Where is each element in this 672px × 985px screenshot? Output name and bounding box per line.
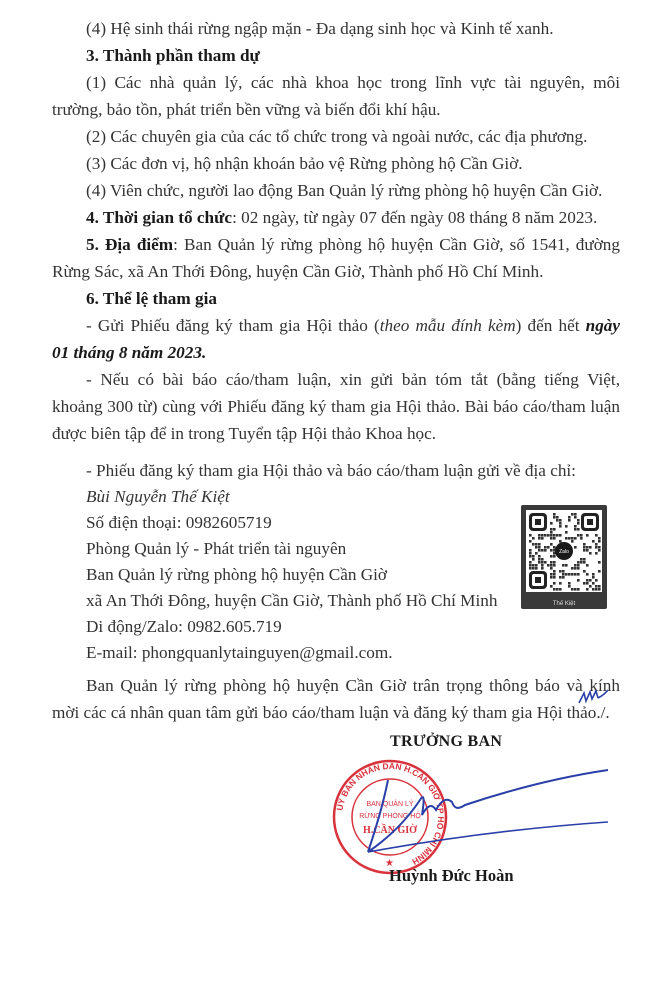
rule-2-line-3: được biên tập để in trong Tuyển tập Hội … xyxy=(52,420,620,447)
section-4-text: : 02 ngày, từ ngày 07 đến ngày 08 tháng … xyxy=(232,208,597,227)
rule-2-line-1: - Nếu có bài báo cáo/tham luận, xin gửi … xyxy=(86,366,620,393)
section-5-line-1: 5. Địa điểm: Ban Quản lý rừng phòng hộ h… xyxy=(86,231,620,258)
signer-name: Huỳnh Đức Hoàn xyxy=(389,866,514,886)
initials-signature-icon xyxy=(576,685,610,709)
section-5-text: : Ban Quản lý rừng phòng hộ huyện Cần Gi… xyxy=(173,235,620,254)
participant-3: (3) Các đơn vị, hộ nhận khoán bảo vệ Rừn… xyxy=(86,150,620,177)
participant-2: (2) Các chuyên gia của các tổ chức trong… xyxy=(86,123,620,150)
rule-1-deadline: 01 tháng 8 năm 2023. xyxy=(52,339,620,366)
closing-line-1: Ban Quản lý rừng phòng hộ huyện Cần Giờ … xyxy=(86,672,620,699)
topic-item-4: (4) Hệ sinh thái rừng ngập mặn - Đa dạng… xyxy=(86,15,620,42)
contact-mobile: Di động/Zalo: 0982.605.719 xyxy=(86,613,620,640)
rule-1-prefix: - Gửi Phiếu đăng ký tham gia Hội thảo ( xyxy=(86,316,380,335)
section-4: 4. Thời gian tổ chức: 02 ngày, từ ngày 0… xyxy=(86,204,620,231)
rule-1-italic: theo mẫu đính kèm xyxy=(380,316,516,335)
signoff-title: TRƯỞNG BAN xyxy=(390,733,502,751)
qr-code-label: Thế Kiệt xyxy=(521,601,607,607)
rule-1-line-1: - Gửi Phiếu đăng ký tham gia Hội thảo (t… xyxy=(86,312,620,339)
section-6-heading: 6. Thể lệ tham gia xyxy=(86,285,620,312)
participant-1-line-1: (1) Các nhà quản lý, các nhà khoa học tr… xyxy=(86,69,620,96)
section-5-line-2: Rừng Sác, xã An Thới Đông, huyện Cần Giờ… xyxy=(52,258,620,285)
closing-line-2: mời các cá nhân quan tâm gửi báo cáo/tha… xyxy=(52,699,620,726)
zalo-qr-code: Zalo Thế Kiệt xyxy=(521,505,607,609)
participant-1-line-2: trường, bảo tồn, phát triển bền vững và … xyxy=(52,96,620,123)
rule-1-deadline-start: ngày xyxy=(586,316,620,335)
handwritten-signature-icon xyxy=(340,760,610,870)
rule-1-mid: ) đến hết xyxy=(516,316,586,335)
rule-3: - Phiếu đăng ký tham gia Hội thảo và báo… xyxy=(86,457,620,484)
participant-4: (4) Viên chức, người lao động Ban Quản l… xyxy=(86,177,620,204)
section-5-heading: 5. Địa điểm xyxy=(86,235,173,254)
section-4-heading: 4. Thời gian tổ chức xyxy=(86,208,232,227)
qr-code-pattern: Zalo xyxy=(526,510,602,592)
qr-code-icon: Zalo xyxy=(526,510,602,592)
svg-text:Zalo: Zalo xyxy=(559,549,569,555)
contact-email: E-mail: phongquanlytainguyen@gmail.com. xyxy=(86,639,620,666)
section-3-heading: 3. Thành phần tham dự xyxy=(86,42,620,69)
rule-2-line-2: khoảng 300 từ) cùng với Phiếu đăng ký th… xyxy=(52,393,620,420)
document-page: (4) Hệ sinh thái rừng ngập mặn - Đa dạng… xyxy=(0,0,672,985)
